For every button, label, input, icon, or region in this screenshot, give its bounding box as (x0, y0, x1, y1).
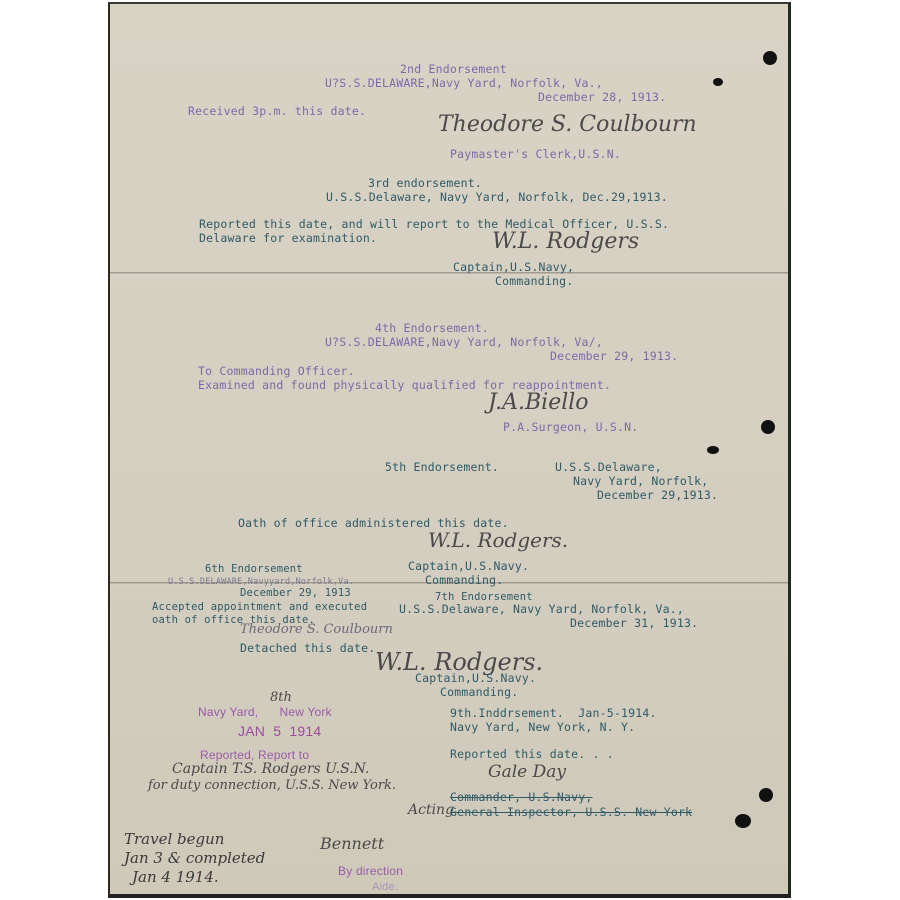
e3-signer-title: Captain,U.S.Navy, (453, 260, 574, 274)
punch-hole (759, 788, 773, 802)
e3-title: 3rd endorsement. (368, 176, 482, 190)
e8-signature: Bennett (320, 834, 384, 853)
e2-date: December 28, 1913. (538, 90, 666, 104)
e4-ship: U?S.S.DELAWARE,Navy Yard, Norfolk, Va/, (325, 335, 603, 349)
e8-handwritten-line1: Captain T.S. Rodgers U.S.N. (172, 761, 369, 777)
e2-title: 2nd Endorsement (400, 62, 507, 76)
punch-hole (713, 78, 723, 86)
e7-body: Detached this date. (240, 641, 375, 655)
punch-hole (761, 420, 775, 434)
e7-signer-title: Captain,U.S.Navy. (415, 671, 536, 685)
e5-signer-title: Captain,U.S.Navy. (408, 559, 529, 573)
note-line1: Travel begun (124, 830, 224, 848)
e8-number: 8th (270, 690, 292, 705)
paper-fold (110, 272, 788, 275)
punch-hole (763, 51, 777, 65)
e3-body-line2: Delaware for examination. (199, 231, 377, 245)
e9-body: Reported this date. . . (450, 747, 614, 761)
e8-handwritten-line2: for duty connection, U.S.S. New York. (148, 778, 396, 793)
e9-struck-line2: General Inspector, U.S.S. New York (450, 805, 692, 819)
e5-date: December 29,1913. (597, 488, 718, 502)
e2-signature: Theodore S. Coulbourn (438, 112, 697, 137)
e4-date: December 29, 1913. (550, 349, 678, 363)
e3-signer-role: Commanding. (495, 274, 573, 288)
e8-stamp-date: JAN 5 1914 (238, 724, 321, 738)
e4-title: 4th Endorsement. (375, 321, 489, 335)
e4-to: To Commanding Officer. (198, 364, 355, 378)
note-line2: Jan 3 & completed (124, 849, 265, 867)
e3-ship-date: U.S.S.Delaware, Navy Yard, Norfolk, Dec.… (326, 190, 668, 204)
e5-ship: U.S.S.Delaware, (555, 460, 662, 474)
e5-signer-role: Commanding. (425, 573, 503, 587)
e2-ship: U?S.S.DELAWARE,Navy Yard, Norfolk, Va., (325, 76, 603, 90)
e2-received: Received 3p.m. this date. (188, 104, 366, 118)
e5-title: 5th Endorsement. (385, 460, 499, 474)
e9-struck-line1: Commander, U.S.Navy, (450, 790, 592, 804)
e5-signature: W.L. Rodgers. (428, 528, 568, 552)
e8-by-direction: By direction (338, 864, 403, 878)
e4-signature: J.A.Biello (488, 390, 589, 415)
e6-title: 6th Endorsement (205, 562, 303, 576)
e4-signer-title: P.A.Surgeon, U.S.N. (503, 420, 638, 434)
e7-ship: U.S.S.Delaware, Navy Yard, Norfolk, Va., (399, 602, 684, 616)
document-page: 2nd Endorsement U?S.S.DELAWARE,Navy Yard… (108, 2, 791, 898)
e6-date: December 29, 1913 (240, 586, 351, 600)
e9-signature: Gale Day (488, 762, 566, 782)
e7-signer-role: Commanding. (440, 685, 518, 699)
e7-date: December 31, 1913. (570, 616, 698, 630)
e8-aide: Aide. (372, 880, 398, 894)
e8-stamp-text: Reported, Report to (200, 748, 309, 762)
e3-signature: W.L. Rodgers (492, 229, 639, 254)
e9-acting: Acting (408, 802, 454, 818)
e6-signature: Theodore S. Coulbourn (240, 622, 393, 637)
e6-body-line1: Accepted appointment and executed (152, 600, 367, 614)
note-line3: Jan 4 1914. (132, 868, 219, 886)
punch-hole (735, 814, 751, 828)
e5-place: Navy Yard, Norfolk, (573, 474, 708, 488)
e8-stamp-place: Navy Yard, New York (198, 705, 332, 719)
e9-place: Navy Yard, New York, N. Y. (450, 720, 635, 734)
e2-signer-title: Paymaster's Clerk,U.S.N. (450, 147, 621, 161)
punch-hole (707, 446, 719, 454)
e9-title: 9th.Inddrsement. Jan-5-1914. (450, 706, 657, 720)
